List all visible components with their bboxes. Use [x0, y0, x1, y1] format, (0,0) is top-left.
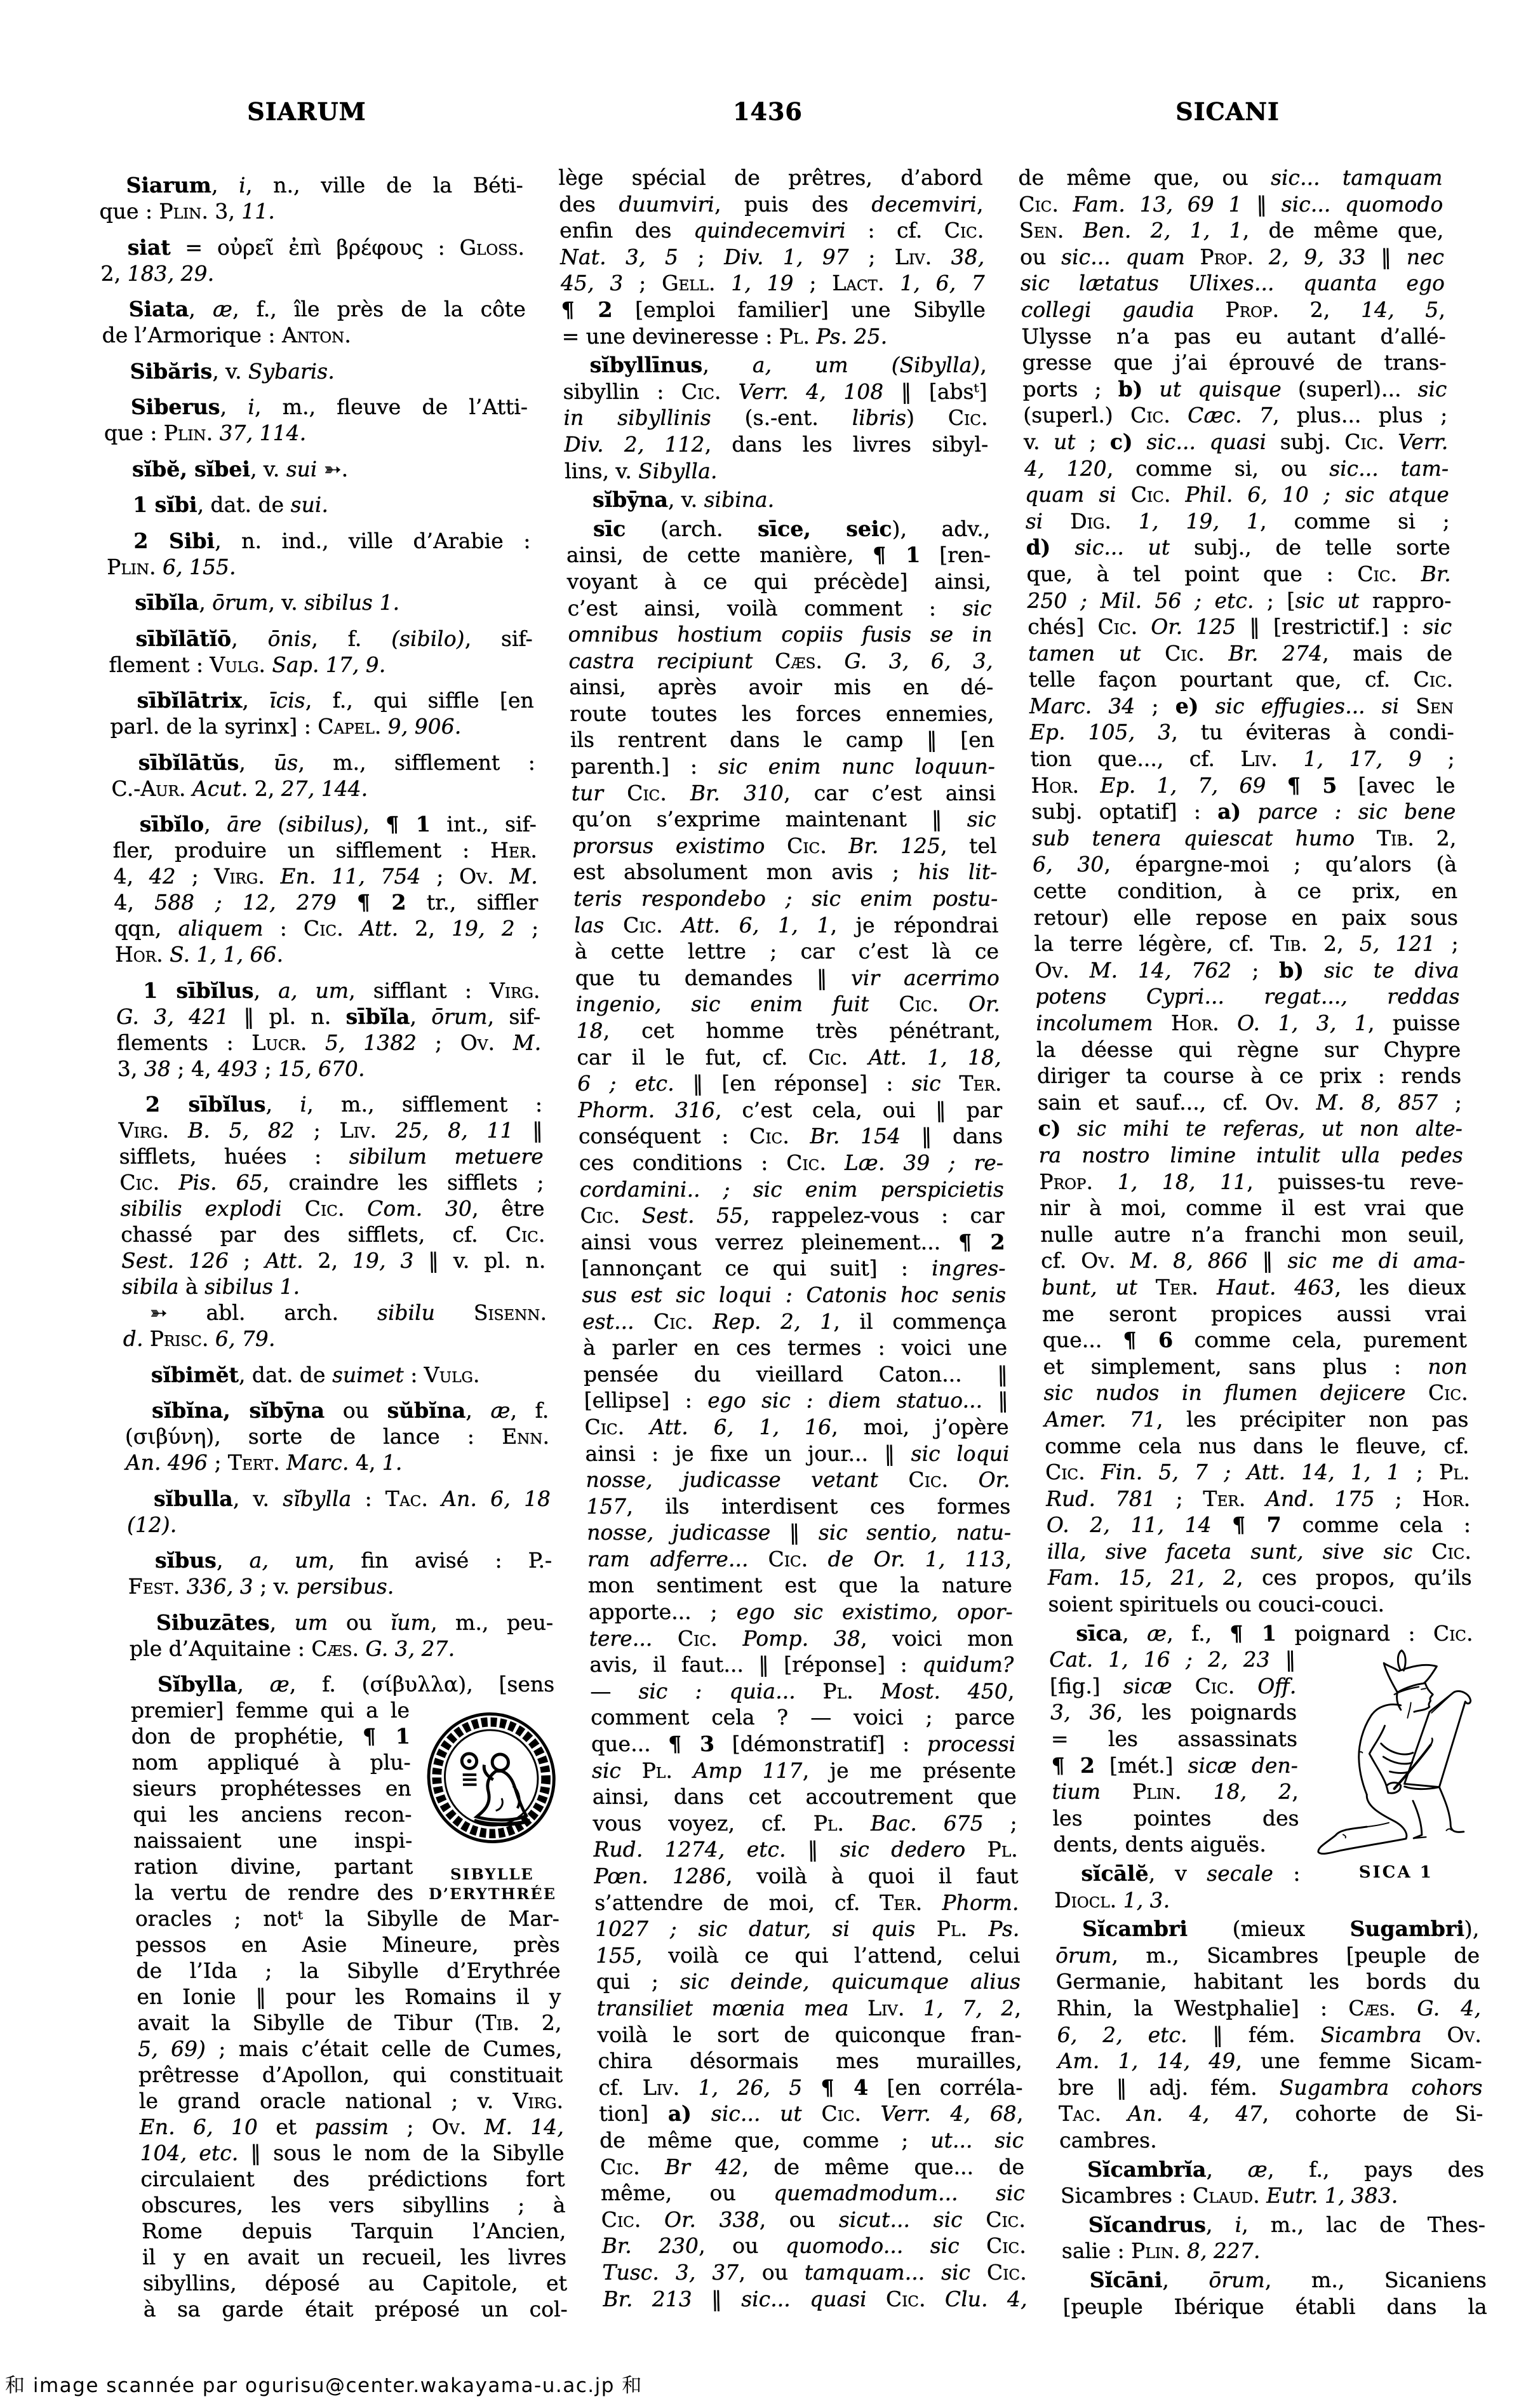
entry-continuation: Cat. 1, 16 ; 2, 23 ‖[fig.] sicæ Cic. Off…	[1049, 1646, 1300, 1858]
italic-run: Ep. 105, 3	[1029, 720, 1171, 744]
text-line: 5, 69) ; mais c’était celle de Cumes,	[138, 2036, 563, 2062]
text-line: Ulysse n’a pas eu autant d’allé-	[1021, 323, 1446, 350]
italic-run: Sest. 126	[121, 1248, 229, 1273]
text-line: potens Cypri... regat..., reddas	[1035, 983, 1460, 1010]
dictionary-entry: Sibuzātes, um ou ĭum, m., peu-ple d’Aqui…	[129, 1610, 554, 1662]
italic-run: Sest. 55	[641, 1203, 743, 1228]
italic-run: tium	[1052, 1779, 1101, 1804]
author-abbreviation: Lucr.	[251, 1030, 307, 1055]
author-abbreviation: Cic.	[1165, 641, 1205, 666]
italic-run: sic	[967, 807, 996, 831]
text-line: 157, ils interdisent ces formes	[586, 1493, 1011, 1520]
text-line: Div. 2, 112, dans les livres sibyl-	[564, 431, 989, 458]
text-line: sībĭla, ōrum, v. sibilus 1.	[107, 589, 532, 615]
author-abbreviation: Prop.	[1039, 1169, 1093, 1194]
italic-run: in sibyllinis	[563, 405, 711, 430]
italic-run: non	[1428, 1354, 1468, 1379]
text-line: sĭbus, a, um, fin avisé : P.-	[128, 1547, 552, 1573]
text-line: comme cela nus dans le fleuve, cf.	[1045, 1433, 1470, 1460]
text-line: prêtresse d’Apollon, qui constituait	[138, 2062, 563, 2088]
italic-run: Pomp. 38	[742, 1626, 860, 1651]
italic-run: M. 14, 762	[1089, 958, 1231, 983]
text-line: chira désormais mes murailles,	[598, 2048, 1022, 2074]
dictionary-entry: 2 Sibi, n. ind., ville d’Arabie :Plin. 6…	[106, 528, 532, 580]
author-abbreviation: Ter.	[1203, 1486, 1245, 1511]
text-line: fler, produire un sifflement : Her.	[112, 837, 537, 863]
italic-run: teris respondebo ; sic enim postu-	[573, 886, 998, 911]
text-line: tere... Cic. Pomp. 38, voici mon	[589, 1625, 1014, 1652]
author-abbreviation: Cic.	[601, 2207, 641, 2232]
text-line: Am. 1, 14, 49, une femme Sicam-	[1057, 2048, 1482, 2074]
italic-run: 1, 3.	[1123, 1888, 1170, 1912]
text-line: des duumviri, puis des decemviri,	[559, 191, 984, 218]
author-abbreviation: Liv.	[339, 1118, 377, 1143]
author-abbreviation: Gloss.	[459, 235, 525, 260]
italic-run: sus est sic loqui : Catonis hoc senis	[582, 1282, 1007, 1307]
text-line: cf. Liv. 1, 26, 5 ¶ 4 [en corréla-	[598, 2074, 1023, 2101]
author-abbreviation: Cic.	[623, 913, 663, 938]
italic-run: sic... quasi	[1146, 429, 1266, 454]
text-line: de même que, ou sic... tamquam	[1018, 165, 1443, 191]
text-line: obscures, les vers sibyllins ; à	[141, 2192, 566, 2218]
italic-run: O. 2, 11, 14	[1046, 1512, 1212, 1537]
text-line: que tu demandes ‖ vir acerrimo	[575, 965, 1000, 991]
dictionary-entry: sĭbȳna, v. sibina.	[565, 487, 990, 513]
author-abbreviation: Cic.	[1130, 403, 1170, 427]
bold-run: ¶ 2	[1051, 1753, 1095, 1778]
author-abbreviation: Pl.	[813, 1811, 844, 1836]
italic-run: B. 5, 82	[187, 1118, 295, 1143]
author-abbreviation: Virg.	[490, 978, 540, 1003]
text-line: Cic. Br 42, de même que... de	[600, 2154, 1025, 2181]
dictionary-entry: Siata, æ, f., île près de la côtede l’Ar…	[101, 296, 526, 348]
text-line: Sibăris, v. Sybaris.	[102, 358, 527, 384]
italic-run: sic effugies... si	[1215, 694, 1399, 718]
text-line: Phorm. 316, c’est cela, oui ‖ par	[578, 1097, 1003, 1124]
italic-run: īcis	[269, 688, 305, 713]
italic-run: secale	[1207, 1861, 1274, 1886]
author-abbreviation: Ov.	[1447, 2022, 1482, 2047]
italic-run: nosse, judicasse	[587, 1520, 771, 1545]
italic-run: Ps.	[988, 1916, 1020, 1941]
italic-run: 5, 1382	[325, 1030, 417, 1055]
text-line: sībĭlātrix, īcis, f., qui siffle [en	[109, 687, 534, 713]
author-abbreviation: Pl.	[936, 1916, 967, 1941]
text-line: ports ; b) ut quisque (superl)... sic	[1022, 376, 1447, 403]
author-abbreviation: Tac.	[1059, 2101, 1102, 2126]
text-line: sīca, æ, f., ¶ 1 poignard : Cic.	[1048, 1620, 1473, 1647]
italic-run: Br. 213	[603, 2287, 692, 2311]
italic-run: ōrum	[1055, 1943, 1112, 1968]
text-line: sibyllin : Cic. Verr. 4, 108 ‖ [absᵗ]	[563, 379, 988, 405]
italic-run: duumviri	[619, 192, 714, 217]
text-line: incolumem Hor. O. 1, 3, 1, puisse	[1036, 1010, 1461, 1037]
text-line: tur Cic. Br. 310, car c’est ainsi	[571, 780, 996, 807]
italic-run: S. 1, 1, 66.	[170, 942, 284, 967]
bold-run: sībĭlātŭs	[138, 750, 239, 775]
dictionary-entry: 1 sībĭlus, a, um, sifflant : Virg.G. 3, …	[116, 978, 542, 1082]
dictionary-entry: Sĭcambrĭa, æ, f., pays desSicambres : Cl…	[1060, 2156, 1485, 2209]
text-block: Cat. 1, 16 ; 2, 23 ‖[fig.] sicæ Cic. Off…	[1049, 1646, 1301, 1913]
text-line: Cic. Att. 6, 1, 16, moi, j’opère	[584, 1414, 1009, 1441]
author-abbreviation: Cic.	[1344, 429, 1384, 454]
italic-run: 5, 69)	[138, 2036, 206, 2061]
text-line: cette condition, à ce prix, en	[1033, 878, 1458, 904]
text-line: [fig.] sicæ Cic. Off.	[1050, 1673, 1297, 1700]
italic-run: sibilus 1.	[204, 1274, 300, 1299]
text-line: que : Plin. 37, 114.	[104, 420, 528, 446]
italic-run: sic mihi te referas, ut non alte-	[1077, 1116, 1463, 1141]
italic-run: Br. 274	[1228, 641, 1322, 666]
italic-run: de Or. 1, 113	[827, 1547, 1005, 1571]
italic-run: sic lætatus Ulixes... quanta ego	[1020, 271, 1445, 295]
dictionary-entry: Sĭbylla, æ, f. (σίβυλλα), [sens	[130, 1671, 555, 1697]
text-line: ram adferre... Cic. de Or. 1, 113,	[587, 1546, 1012, 1573]
text-line: (σιβύνη), sorte de lance : Enn.	[124, 1423, 549, 1449]
text-line: la déesse qui règne sur Chypre	[1036, 1037, 1461, 1063]
italic-run: Marc. 34	[1029, 694, 1135, 718]
text-line: 45, 3 ; Gell. 1, 19 ; Lact. 1, 6, 7	[560, 270, 985, 297]
italic-run: sĭbylla	[283, 1486, 352, 1511]
text-line: Sĭcambrĭa, æ, f., pays des	[1060, 2156, 1485, 2183]
author-abbreviation: Liv.	[642, 2075, 680, 2100]
text-line: castra recipiunt Cæs. G. 3, 6, 3,	[568, 648, 993, 675]
italic-run: Att. 1, 18,	[868, 1045, 1001, 1070]
italic-run: Ben. 2, 1, 1	[1083, 218, 1243, 243]
italic-run: sui.	[290, 492, 328, 517]
italic-run: 38,	[951, 245, 984, 269]
italic-run: G. 3, 6, 3,	[844, 649, 993, 673]
text-line: Germanie, habitant les bords du	[1055, 1968, 1480, 1995]
dictionary-entry: sĭbimĕt, dat. de suimet : Vulg.	[123, 1362, 548, 1388]
author-abbreviation: Dig.	[1070, 509, 1111, 534]
text-line: sĭbȳna, v. sibina.	[565, 487, 990, 513]
bold-run: sĭbĕ, sĭbei	[132, 457, 251, 481]
author-abbreviation: Cic.	[986, 2233, 1026, 2258]
text-line: que... ¶ 6 comme cela, purement	[1042, 1327, 1467, 1354]
italic-run: persibus.	[296, 1574, 394, 1599]
author-abbreviation: Fest.	[128, 1574, 180, 1599]
italic-run: sic... quam	[1061, 245, 1185, 269]
text-line: de même que, comme ; ut... sic	[599, 2127, 1024, 2154]
text-line: Rud. 781 ; Ter. And. 175 ; Hor.	[1046, 1486, 1471, 1512]
author-abbreviation: Tib.	[482, 2010, 519, 2035]
text-line: circulaient des prédictions fort	[140, 2166, 565, 2192]
text-line: conséquent : Cic. Br. 154 ‖ dans	[579, 1123, 1003, 1150]
italic-run: Att.	[359, 916, 398, 941]
italic-run: Div. 1, 97	[724, 245, 850, 269]
text-line: Sĭcāni, ōrum, m., Sicaniens	[1062, 2267, 1487, 2294]
text-line: enfin des quindecemviri : cf. Cic.	[559, 217, 984, 244]
text-line: 6, 30, épargne-moi ; qu’alors (à	[1033, 851, 1457, 878]
author-abbreviation: Cic.	[786, 1150, 826, 1175]
text-line: Sen. Ben. 2, 1, 1, de même que,	[1019, 217, 1444, 244]
author-abbreviation: Pl.	[987, 1837, 1018, 1862]
bold-run: sībĭlo	[139, 812, 204, 837]
text-line: ¶ 2 [mét.] sicæ den-	[1051, 1752, 1298, 1779]
italic-run: Fin. 5, 7 ; Att. 14, 1, 1	[1101, 1460, 1400, 1484]
author-abbreviation: Cic.	[600, 2154, 640, 2179]
italic-run: cordamini.. ; sic enim perspicietis	[579, 1177, 1004, 1202]
dictionary-entry: sĭbĕ, sĭbei, v. sui ➳.	[105, 456, 530, 482]
italic-run: Ps. 25.	[816, 324, 888, 349]
text-line: d. Prisc. 6, 79.	[123, 1326, 547, 1352]
bold-run: sībĭlātĭō	[135, 626, 231, 651]
text-line: ainsi, dans cet accoutrement que	[592, 1784, 1017, 1810]
bold-run: sĭbyllīnus	[589, 353, 702, 377]
italic-run: sic	[911, 1071, 941, 1096]
author-abbreviation: Hor.	[1422, 1486, 1470, 1511]
author-abbreviation: Cic.	[986, 2207, 1026, 2232]
text-line: O. 2, 11, 14 ¶ 7 comme cela :	[1046, 1512, 1471, 1538]
bold-run: ¶ 7	[1232, 1512, 1282, 1537]
dictionary-entry: Siberus, i, m., fleuve de l’Atti-que : P…	[104, 394, 529, 446]
text-line: sībĭlātĭō, ōnis, f. (sibilo), sif-	[108, 626, 533, 652]
text-line: qui ; sic deinde, quicumque alius	[596, 1968, 1021, 1995]
italic-run: Com. 30	[367, 1196, 472, 1221]
text-line: flement : Vulg. Sap. 17, 9.	[109, 652, 533, 678]
bold-run: sīce, seic	[758, 516, 892, 541]
bold-run: Sĭcandrus	[1088, 2212, 1207, 2237]
dictionary-entry: sībĭlātŭs, ūs, m., sifflement :C.-Aur. A…	[110, 749, 536, 802]
bold-run: c)	[1038, 1116, 1061, 1141]
text-line: dents, dents aiguës.	[1053, 1831, 1300, 1858]
italic-run: si	[1025, 509, 1043, 534]
bold-run: e)	[1175, 694, 1198, 718]
author-abbreviation: Cic.	[505, 1222, 545, 1247]
italic-run: 336, 3	[186, 1574, 253, 1599]
italic-run: tamquam... sic	[805, 2260, 971, 2285]
dictionary-entry: 2 sībĭlus, i, m., sifflement :Virg. B. 5…	[118, 1091, 547, 1300]
text-line: 3, 38 ; 4, 493 ; 15, 670.	[117, 1056, 542, 1082]
text-line: Cic. Sest. 55, rappelez-vous : car	[580, 1202, 1005, 1229]
text-line: (superl.) Cic. Cæc. 7, plus... plus ;	[1023, 402, 1448, 429]
text-line: nir à moi, comme il est vrai que	[1040, 1195, 1464, 1221]
text-block: lège spécial de prêtres, d’aborddes duum…	[558, 165, 1028, 2312]
italic-run: Rud. 781	[1046, 1486, 1156, 1511]
bold-run: ¶ 6	[1123, 1327, 1173, 1352]
figure-caption: SICA 1	[1314, 1861, 1478, 1884]
text-line: 6 ; etc. ‖ [en réponse] : sic Ter.	[577, 1070, 1002, 1097]
text-line: sĭcālĕ, v secale :	[1054, 1860, 1301, 1887]
text-line: les pointes des	[1052, 1805, 1299, 1832]
italic-run: 9, 906.	[387, 714, 461, 739]
text-line: Rhin, la Westphalie] : Cæs. G. 4,	[1056, 1995, 1481, 2022]
text-line: ōrum, m., Sicambres [peuple de	[1055, 1942, 1480, 1969]
text-line: à parler en ces termes : voici une	[583, 1334, 1008, 1361]
text-line: nosse, judicasse vetant Cic. Or.	[586, 1467, 1010, 1493]
figure-caption-line: SIBYLLE	[425, 1864, 559, 1884]
text-line: avait la Sibylle de Tibur (Tib. 2,	[137, 2010, 562, 2036]
italic-run: sicæ den-	[1188, 1753, 1298, 1778]
author-abbreviation: Plin.	[163, 420, 213, 445]
author-abbreviation: Cic.	[768, 1547, 808, 1571]
text-line: bunt, ut Ter. Haut. 463, les dieux	[1041, 1274, 1466, 1301]
text-line: 155, voilà ce qui l’attend, celui	[596, 1942, 1021, 1969]
italic-run: ut	[1054, 429, 1076, 454]
bold-run: sĭbȳna	[593, 487, 669, 512]
text-line: las Cic. Att. 6, 1, 1, je répondrai	[574, 912, 999, 939]
bold-run: Siberus	[131, 394, 220, 419]
author-abbreviation: Plin.	[107, 554, 156, 579]
dictionary-entry: sībĭlātrix, īcis, f., qui siffle [enparl…	[109, 687, 535, 739]
italic-run: ego sic : diem statuo...	[707, 1388, 983, 1413]
italic-run: ūs	[274, 750, 298, 775]
italic-run: 4, 120	[1024, 456, 1107, 481]
text-area: Siarum, i, n., ville de la Béti-que : Pl…	[0, 0, 1540, 2406]
author-abbreviation: Ov.	[460, 1030, 495, 1055]
text-line: Ep. 105, 3, tu éviteras à condi-	[1029, 719, 1454, 746]
italic-run: sibilum metuere	[349, 1144, 544, 1169]
text-line: pessos en Asie Mineure, près	[135, 1932, 560, 1958]
italic-run: passim	[314, 2114, 389, 2139]
dictionary-entry: Sĭcandrus, i, m., lac de Thes-salie : Pl…	[1061, 2212, 1486, 2264]
italic-run: tur	[571, 781, 603, 805]
dictionary-entry: sĭcālĕ, v secale :Diocl. 1, 3.	[1054, 1860, 1301, 1913]
bold-run: sĭbus	[155, 1548, 217, 1573]
figure-caption-line: SICA 1	[1314, 1861, 1478, 1884]
text-line: ainsi, après avoir mis en dé-	[569, 674, 994, 701]
italic-run: Verr. 4, 108	[738, 379, 883, 404]
author-abbreviation: Cic.	[304, 1196, 344, 1221]
bold-run: ¶ 2	[561, 297, 613, 322]
text-line: naissaient une inspi-	[133, 1827, 413, 1853]
italic-run: 6, 155.	[163, 554, 236, 579]
italic-run: transiliet mœnia mea	[596, 1996, 848, 2020]
text-line: [peuple Ibérique établi dans la	[1062, 2294, 1487, 2320]
dictionary-entry: Sibăris, v. Sybaris.	[102, 358, 527, 384]
text-line: omnibus hostium copiis fusis se in	[568, 621, 993, 648]
text-line: Prop. 1, 18, 11, puisses-tu reve-	[1039, 1169, 1464, 1195]
author-abbreviation: Cic.	[1130, 482, 1170, 507]
text-line: sīc (arch. sīce, seic), adv.,	[566, 516, 991, 542]
italic-run: Att. 6, 1, 1	[681, 913, 831, 938]
italic-run: (12).	[126, 1512, 177, 1537]
author-abbreviation: Claud.	[1193, 2183, 1260, 2208]
text-line: il y en avait un recueil, les livres	[142, 2244, 567, 2270]
italic-run: 1, 18, 11	[1117, 1169, 1247, 1194]
italic-run: sub tenera quiescat humo	[1032, 826, 1355, 850]
text-line: tion] a) sic... ut Cic. Verr. 4, 68,	[599, 2100, 1024, 2127]
author-abbreviation: Liv.	[895, 245, 932, 269]
text-line: ple d’Aquitaine : Cæs. G. 3, 27.	[129, 1636, 554, 1662]
text-line: la vertu de rendre des	[135, 1879, 414, 1905]
bold-run: ¶ 5	[1287, 773, 1337, 798]
dictionary-entry: 1 sĭbi, dat. de sui.	[105, 492, 530, 518]
italic-run: bunt, ut	[1041, 1275, 1138, 1300]
author-abbreviation: Gell.	[662, 271, 716, 295]
text-line: transiliet mœnia mea Liv. 1, 7, 2,	[596, 1995, 1021, 2022]
bold-run: Sibăris	[130, 359, 212, 384]
italic-run: omnibus hostium copiis fusis se in	[568, 622, 993, 647]
text-line: en Ionie ‖ pour les Romains il y	[137, 1984, 561, 2010]
text-column-3: de même que, ou sic... tamquamCic. Fam. …	[1018, 165, 1487, 2320]
author-abbreviation: Hor.	[1171, 1011, 1219, 1035]
italic-run: 38	[144, 1056, 171, 1081]
text-line: cf. Ov. M. 8, 866 ‖ sic me di ama-	[1041, 1247, 1466, 1274]
italic-run: An. 6, 18	[441, 1486, 551, 1511]
italic-run: And. 175	[1266, 1486, 1375, 1511]
text-line: nulle autre n’a franchi mon seuil,	[1040, 1221, 1465, 1248]
italic-run: Verr.	[1398, 429, 1449, 454]
coin-illustration	[425, 1711, 558, 1845]
author-abbreviation: Cic.	[908, 1467, 948, 1492]
italic-run: Amer. 71	[1044, 1407, 1156, 1432]
text-line: parl. de la syrinx] : Capel. 9, 906.	[110, 713, 535, 739]
text-line: et simplement, sans plus : non	[1043, 1354, 1468, 1380]
italic-run: nosse, judicasse vetant	[586, 1467, 878, 1492]
italic-run: Ep. 1, 7, 69	[1100, 773, 1266, 798]
text-run: oracles ; notᵗ la Sibylle de Mar-pessos …	[135, 1905, 568, 2322]
text-line: sibila à sibilus 1.	[122, 1274, 547, 1300]
italic-run: Br 42	[664, 2154, 742, 2179]
italic-run: sic loqui	[911, 1441, 1010, 1466]
author-abbreviation: Ov.	[1265, 1090, 1300, 1115]
bold-run: sĭbĭna, sĭbȳna	[152, 1398, 325, 1423]
italic-run: sic... quomodo	[1281, 192, 1443, 217]
italic-run: 6, 2, etc.	[1057, 2022, 1188, 2047]
text-line: sain et sauf..., cf. Ov. M. 8, 857 ;	[1037, 1089, 1462, 1116]
italic-run: 19, 3	[352, 1248, 413, 1273]
dictionary-entry: Sĭcāni, ōrum, m., Sicaniens[peuple Ibéri…	[1062, 2267, 1487, 2320]
author-abbreviation: Cic.	[1195, 1674, 1235, 1698]
italic-run: sic	[592, 1758, 622, 1783]
text-line: Amer. 71, les précipiter non pas	[1044, 1406, 1469, 1433]
italic-run: illa, sive faceta sunt, sive sic	[1047, 1539, 1412, 1564]
text-line: soient spirituels ou couci-couci.	[1048, 1591, 1473, 1618]
italic-run: G. 3, 27.	[365, 1636, 455, 1661]
italic-run: En. 11, 754	[280, 864, 421, 889]
bold-run: sŭbĭna	[387, 1398, 465, 1423]
text-line: chés] Cic. Or. 125 ‖ [restrictif.] : sic	[1028, 614, 1452, 640]
text-line: bre ‖ adj. fém. Sugambra cohors	[1058, 2074, 1483, 2101]
italic-run: potens Cypri... regat..., reddas	[1035, 984, 1460, 1009]
italic-run: Tusc. 3, 37	[602, 2260, 739, 2285]
text-line: 2, 183, 29.	[100, 260, 525, 286]
text-line: sibilis explodi Cic. Com. 30, être	[120, 1195, 545, 1221]
bold-run: 2 Sibi	[133, 528, 215, 553]
italic-run: 1, 19, 1	[1138, 509, 1260, 534]
text-block: premier] femme qui a ledon de prophétie,…	[131, 1697, 414, 1905]
bold-run: b)	[1279, 958, 1304, 983]
dictionary-entry: Sĭcambri (mieux Sugambri),ōrum, m., Sica…	[1055, 1916, 1484, 2153]
author-abbreviation: Plin.	[1132, 1779, 1182, 1804]
italic-run: sibilu	[377, 1300, 435, 1325]
text-line: teris respondebo ; sic enim postu-	[573, 885, 998, 912]
text-line: qui les anciens recon-	[133, 1801, 412, 1827]
text-line: Siarum, i, n., ville de la Béti-	[98, 172, 523, 198]
author-abbreviation: Tert.	[228, 1450, 280, 1475]
italic-run: decemviri	[871, 192, 977, 217]
author-abbreviation: Pl.	[779, 324, 810, 349]
author-abbreviation: Cæs.	[1348, 1996, 1396, 2020]
text-line: Fam. 15, 21, 2, ces propos, qu’ils	[1047, 1564, 1472, 1591]
author-abbreviation: Sen.	[1019, 218, 1064, 243]
text-line: sieurs prophétesses en	[132, 1775, 412, 1801]
author-abbreviation: Enn.	[502, 1424, 550, 1449]
text-line: sibyllins, déposé au Capitole, et	[142, 2270, 567, 2296]
author-abbreviation: Cic.	[580, 1203, 620, 1228]
author-abbreviation: Cic.	[749, 1124, 789, 1148]
text-line: voyant à ce qui précède] ainsi,	[566, 568, 991, 595]
italic-run: sic enim nunc loquun-	[718, 754, 996, 779]
author-abbreviation: Cic.	[1428, 1380, 1468, 1405]
text-line: Sicambres : Claud. Eutr. 1, 383.	[1061, 2182, 1485, 2209]
italic-run: Phorm.	[942, 1890, 1019, 1915]
text-line: vous voyez, cf. Pl. Bac. 675 ;	[593, 1810, 1017, 1837]
dictionary-entry: sĭbus, a, um, fin avisé : P.-Fest. 336, …	[128, 1547, 553, 1599]
bold-run: 1 sībĭlus	[143, 978, 254, 1003]
